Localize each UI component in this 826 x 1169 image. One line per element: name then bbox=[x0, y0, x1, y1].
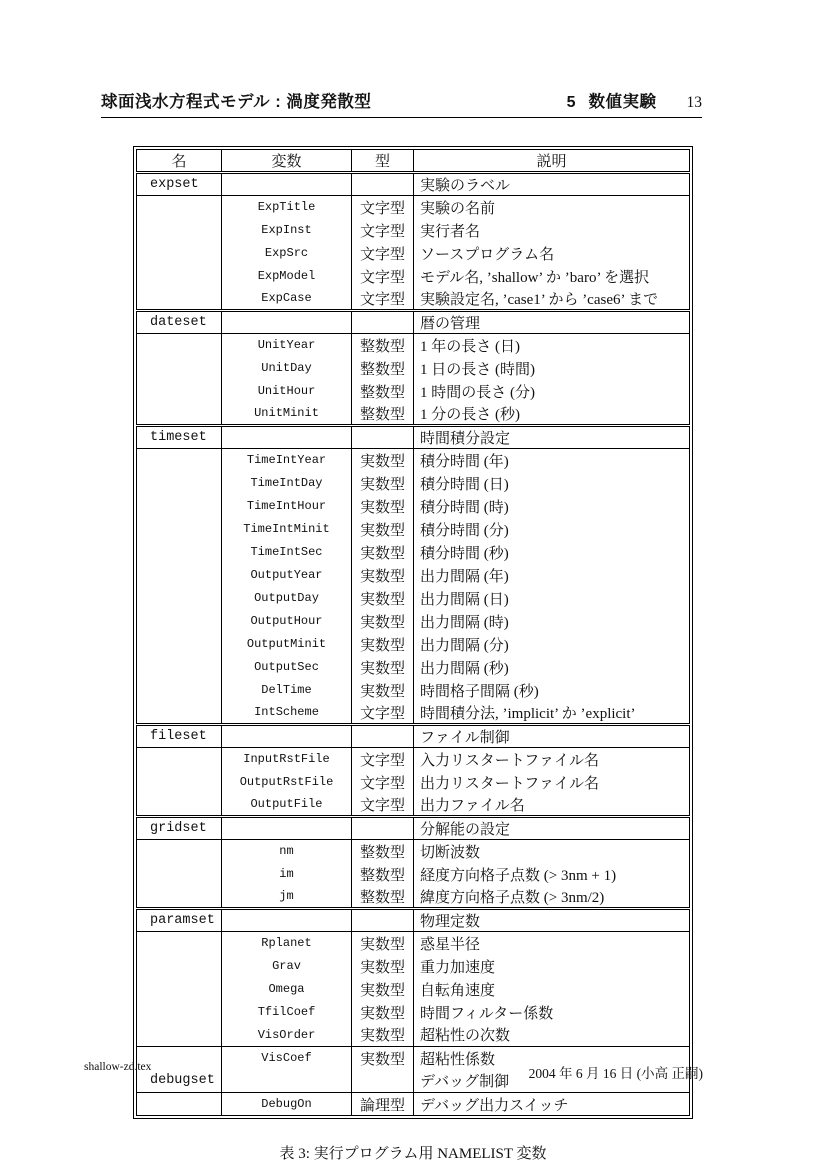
cell-description: ソースプログラム名 bbox=[414, 242, 690, 265]
cell-name bbox=[137, 472, 222, 495]
cell-description: 出力ファイル名 bbox=[414, 794, 690, 817]
cell-description: 実行者名 bbox=[414, 219, 690, 242]
cell-type: 整数型 bbox=[352, 863, 414, 886]
cell-name bbox=[137, 541, 222, 564]
cell-type: 実数型 bbox=[352, 541, 414, 564]
cell-description: 出力間隔 (時) bbox=[414, 610, 690, 633]
cell-description: 実験のラベル bbox=[414, 173, 690, 196]
cell-description: 出力間隔 (秒) bbox=[414, 656, 690, 679]
cell-name bbox=[137, 403, 222, 426]
cell-variable bbox=[222, 426, 352, 449]
cell-name bbox=[137, 449, 222, 472]
cell-variable: IntScheme bbox=[222, 702, 352, 725]
cell-name bbox=[137, 1024, 222, 1047]
cell-name bbox=[137, 978, 222, 1001]
document-page: 球面浅水方程式モデル : 渦度発散型 5 数値実験 13 名変数型説明 exps… bbox=[0, 0, 826, 1169]
table-row: OutputRstFile文字型出力リスタートファイル名 bbox=[137, 771, 690, 794]
table-row: UnitDay整数型1 日の長さ (時間) bbox=[137, 357, 690, 380]
cell-variable: Grav bbox=[222, 955, 352, 978]
cell-description: 実験設定名, ’case1’ から ’case6’ まで bbox=[414, 288, 690, 311]
cell-type: 文字型 bbox=[352, 771, 414, 794]
table-row: filesetファイル制御 bbox=[137, 725, 690, 748]
cell-variable: OutputSec bbox=[222, 656, 352, 679]
table-row: DelTime実数型時間格子間隔 (秒) bbox=[137, 679, 690, 702]
cell-description: 積分時間 (日) bbox=[414, 472, 690, 495]
table-row: UnitYear整数型1 年の長さ (日) bbox=[137, 334, 690, 357]
cell-type: 実数型 bbox=[352, 656, 414, 679]
cell-variable: ExpModel bbox=[222, 265, 352, 288]
cell-name bbox=[137, 564, 222, 587]
cell-description: 経度方向格子点数 (> 3nm + 1) bbox=[414, 863, 690, 886]
cell-name: dateset bbox=[137, 311, 222, 334]
cell-name bbox=[137, 656, 222, 679]
namelist-table: 名変数型説明 expset実験のラベルExpTitle文字型実験の名前ExpIn… bbox=[133, 146, 693, 1119]
cell-type: 文字型 bbox=[352, 219, 414, 242]
table-row: IntScheme文字型時間積分法, ’implicit’ か ’explici… bbox=[137, 702, 690, 725]
cell-name: expset bbox=[137, 173, 222, 196]
cell-type: 実数型 bbox=[352, 472, 414, 495]
table-row: Rplanet実数型惑星半径 bbox=[137, 932, 690, 955]
cell-description: 自転角速度 bbox=[414, 978, 690, 1001]
cell-variable: ExpSrc bbox=[222, 242, 352, 265]
cell-type bbox=[352, 725, 414, 748]
table-row: ExpCase文字型実験設定名, ’case1’ から ’case6’ まで bbox=[137, 288, 690, 311]
cell-variable: Omega bbox=[222, 978, 352, 1001]
table-row: TimeIntHour実数型積分時間 (時) bbox=[137, 495, 690, 518]
table-row: OutputMinit実数型出力間隔 (分) bbox=[137, 633, 690, 656]
cell-variable: TimeIntDay bbox=[222, 472, 352, 495]
cell-variable: OutputFile bbox=[222, 794, 352, 817]
cell-type: 実数型 bbox=[352, 633, 414, 656]
cell-description: 1 分の長さ (秒) bbox=[414, 403, 690, 426]
column-header: 変数 bbox=[222, 150, 352, 173]
cell-variable bbox=[222, 311, 352, 334]
cell-name bbox=[137, 955, 222, 978]
table-row: jm整数型緯度方向格子点数 (> 3nm/2) bbox=[137, 886, 690, 909]
cell-name bbox=[137, 886, 222, 909]
table-row: InputRstFile文字型入力リスタートファイル名 bbox=[137, 748, 690, 771]
cell-name bbox=[137, 265, 222, 288]
cell-description: 暦の管理 bbox=[414, 311, 690, 334]
cell-name bbox=[137, 196, 222, 219]
column-header: 名 bbox=[137, 150, 222, 173]
cell-name bbox=[137, 334, 222, 357]
table-caption: 表 3: 実行プログラム用 NAMELIST 変数 bbox=[0, 1142, 826, 1163]
cell-description: 実験の名前 bbox=[414, 196, 690, 219]
cell-description: 積分時間 (年) bbox=[414, 449, 690, 472]
cell-type: 実数型 bbox=[352, 955, 414, 978]
cell-description: 1 日の長さ (時間) bbox=[414, 357, 690, 380]
column-header: 説明 bbox=[414, 150, 690, 173]
cell-type: 整数型 bbox=[352, 886, 414, 909]
running-head-title: 球面浅水方程式モデル : 渦度発散型 bbox=[101, 88, 371, 112]
cell-type: 実数型 bbox=[352, 978, 414, 1001]
cell-type: 実数型 bbox=[352, 449, 414, 472]
table-row: UnitMinit整数型1 分の長さ (秒) bbox=[137, 403, 690, 426]
table-row: ExpTitle文字型実験の名前 bbox=[137, 196, 690, 219]
cell-type: 整数型 bbox=[352, 357, 414, 380]
cell-description: ファイル制御 bbox=[414, 725, 690, 748]
cell-variable: TimeIntYear bbox=[222, 449, 352, 472]
cell-variable: Rplanet bbox=[222, 932, 352, 955]
cell-description: 出力リスタートファイル名 bbox=[414, 771, 690, 794]
cell-type: 実数型 bbox=[352, 679, 414, 702]
cell-type: 文字型 bbox=[352, 265, 414, 288]
cell-type bbox=[352, 311, 414, 334]
cell-variable: VisOrder bbox=[222, 1024, 352, 1047]
cell-variable bbox=[222, 817, 352, 840]
cell-variable: UnitDay bbox=[222, 357, 352, 380]
cell-type: 整数型 bbox=[352, 334, 414, 357]
cell-description: 重力加速度 bbox=[414, 955, 690, 978]
cell-description: デバッグ出力スイッチ bbox=[414, 1093, 690, 1116]
table-row: TimeIntYear実数型積分時間 (年) bbox=[137, 449, 690, 472]
column-header: 型 bbox=[352, 150, 414, 173]
cell-type: 実数型 bbox=[352, 518, 414, 541]
cell-name bbox=[137, 288, 222, 311]
cell-name: gridset bbox=[137, 817, 222, 840]
cell-type bbox=[352, 817, 414, 840]
cell-description: 出力間隔 (日) bbox=[414, 587, 690, 610]
table-row: Grav実数型重力加速度 bbox=[137, 955, 690, 978]
cell-variable: OutputHour bbox=[222, 610, 352, 633]
cell-description: 積分時間 (秒) bbox=[414, 541, 690, 564]
cell-description: 出力間隔 (年) bbox=[414, 564, 690, 587]
cell-type: 文字型 bbox=[352, 702, 414, 725]
cell-description: 切断波数 bbox=[414, 840, 690, 863]
cell-type: 実数型 bbox=[352, 610, 414, 633]
cell-variable: TfilCoef bbox=[222, 1001, 352, 1024]
cell-type: 整数型 bbox=[352, 840, 414, 863]
cell-name bbox=[137, 518, 222, 541]
table-body: expset実験のラベルExpTitle文字型実験の名前ExpInst文字型実行… bbox=[137, 173, 690, 1116]
cell-variable: UnitMinit bbox=[222, 403, 352, 426]
table-row: nm整数型切断波数 bbox=[137, 840, 690, 863]
section-title: 数値実験 bbox=[589, 88, 657, 112]
cell-name bbox=[137, 380, 222, 403]
cell-type bbox=[352, 173, 414, 196]
cell-name bbox=[137, 863, 222, 886]
cell-variable: InputRstFile bbox=[222, 748, 352, 771]
section-number: 5 bbox=[567, 94, 576, 112]
cell-name: fileset bbox=[137, 725, 222, 748]
cell-type: 実数型 bbox=[352, 495, 414, 518]
cell-description: モデル名, ’shallow’ か ’baro’ を選択 bbox=[414, 265, 690, 288]
header-rule bbox=[101, 117, 702, 118]
cell-name: timeset bbox=[137, 426, 222, 449]
cell-description: 入力リスタートファイル名 bbox=[414, 748, 690, 771]
table-row: VisOrder実数型超粘性の次数 bbox=[137, 1024, 690, 1047]
cell-type: 実数型 bbox=[352, 1001, 414, 1024]
cell-name bbox=[137, 748, 222, 771]
table-row: ExpInst文字型実行者名 bbox=[137, 219, 690, 242]
cell-description: 出力間隔 (分) bbox=[414, 633, 690, 656]
cell-name bbox=[137, 702, 222, 725]
cell-name bbox=[137, 794, 222, 817]
cell-name bbox=[137, 219, 222, 242]
running-head-right: 5 数値実験 13 bbox=[567, 88, 702, 112]
cell-name bbox=[137, 633, 222, 656]
namelist-table-grid: 名変数型説明 expset実験のラベルExpTitle文字型実験の名前ExpIn… bbox=[136, 149, 690, 1116]
cell-description: 時間フィルター係数 bbox=[414, 1001, 690, 1024]
table-row: OutputDay実数型出力間隔 (日) bbox=[137, 587, 690, 610]
cell-type: 論理型 bbox=[352, 1093, 414, 1116]
table-row: TimeIntMinit実数型積分時間 (分) bbox=[137, 518, 690, 541]
table-row: dateset暦の管理 bbox=[137, 311, 690, 334]
cell-description: 時間積分設定 bbox=[414, 426, 690, 449]
table-row: OutputFile文字型出力ファイル名 bbox=[137, 794, 690, 817]
cell-type: 実数型 bbox=[352, 1024, 414, 1047]
cell-type: 実数型 bbox=[352, 1047, 414, 1070]
table-row: TimeIntSec実数型積分時間 (秒) bbox=[137, 541, 690, 564]
cell-description: 積分時間 (時) bbox=[414, 495, 690, 518]
footer-date-credit: 2004 年 6 月 16 日 (小高 正嗣) bbox=[529, 1062, 703, 1082]
cell-type bbox=[352, 426, 414, 449]
cell-description: 1 年の長さ (日) bbox=[414, 334, 690, 357]
cell-name: paramset bbox=[137, 909, 222, 932]
table-row: paramset物理定数 bbox=[137, 909, 690, 932]
table-row: OutputYear実数型出力間隔 (年) bbox=[137, 564, 690, 587]
cell-variable: OutputMinit bbox=[222, 633, 352, 656]
cell-type: 実数型 bbox=[352, 587, 414, 610]
cell-type: 文字型 bbox=[352, 288, 414, 311]
cell-variable: OutputYear bbox=[222, 564, 352, 587]
cell-description: 積分時間 (分) bbox=[414, 518, 690, 541]
cell-variable: DelTime bbox=[222, 679, 352, 702]
cell-name bbox=[137, 932, 222, 955]
cell-name bbox=[137, 495, 222, 518]
cell-name bbox=[137, 771, 222, 794]
table-row: OutputHour実数型出力間隔 (時) bbox=[137, 610, 690, 633]
cell-variable: im bbox=[222, 863, 352, 886]
cell-name bbox=[137, 610, 222, 633]
page-number: 13 bbox=[687, 94, 703, 112]
table-row: expset実験のラベル bbox=[137, 173, 690, 196]
cell-type bbox=[352, 1070, 414, 1093]
cell-variable: nm bbox=[222, 840, 352, 863]
table-row: ExpSrc文字型ソースプログラム名 bbox=[137, 242, 690, 265]
cell-variable: TimeIntHour bbox=[222, 495, 352, 518]
cell-variable: OutputDay bbox=[222, 587, 352, 610]
table-row: timeset時間積分設定 bbox=[137, 426, 690, 449]
table-row: gridset分解能の設定 bbox=[137, 817, 690, 840]
cell-type: 文字型 bbox=[352, 748, 414, 771]
footer-filename: shallow-zd.tex bbox=[84, 1061, 151, 1073]
table-row: im整数型経度方向格子点数 (> 3nm + 1) bbox=[137, 863, 690, 886]
table-header-row: 名変数型説明 bbox=[137, 150, 690, 173]
cell-variable: VisCoef bbox=[222, 1047, 352, 1070]
cell-variable: DebugOn bbox=[222, 1093, 352, 1116]
cell-type: 整数型 bbox=[352, 380, 414, 403]
cell-description: 惑星半径 bbox=[414, 932, 690, 955]
cell-type: 文字型 bbox=[352, 242, 414, 265]
cell-name bbox=[137, 357, 222, 380]
cell-variable: UnitHour bbox=[222, 380, 352, 403]
cell-variable bbox=[222, 725, 352, 748]
cell-variable bbox=[222, 173, 352, 196]
cell-type: 実数型 bbox=[352, 932, 414, 955]
cell-name bbox=[137, 1001, 222, 1024]
cell-variable: OutputRstFile bbox=[222, 771, 352, 794]
cell-name bbox=[137, 587, 222, 610]
cell-type: 文字型 bbox=[352, 794, 414, 817]
table-row: TimeIntDay実数型積分時間 (日) bbox=[137, 472, 690, 495]
table-row: DebugOn論理型デバッグ出力スイッチ bbox=[137, 1093, 690, 1116]
cell-type bbox=[352, 909, 414, 932]
cell-variable: TimeIntMinit bbox=[222, 518, 352, 541]
cell-description: 時間格子間隔 (秒) bbox=[414, 679, 690, 702]
cell-type: 実数型 bbox=[352, 564, 414, 587]
cell-variable: jm bbox=[222, 886, 352, 909]
cell-name bbox=[137, 679, 222, 702]
cell-variable bbox=[222, 909, 352, 932]
cell-variable bbox=[222, 1070, 352, 1093]
cell-variable: ExpCase bbox=[222, 288, 352, 311]
cell-description: 時間積分法, ’implicit’ か ’explicit’ bbox=[414, 702, 690, 725]
cell-variable: TimeIntSec bbox=[222, 541, 352, 564]
cell-description: 1 時間の長さ (分) bbox=[414, 380, 690, 403]
cell-variable: ExpInst bbox=[222, 219, 352, 242]
cell-description: 分解能の設定 bbox=[414, 817, 690, 840]
table-row: UnitHour整数型1 時間の長さ (分) bbox=[137, 380, 690, 403]
cell-name bbox=[137, 242, 222, 265]
cell-name bbox=[137, 1093, 222, 1116]
table-row: Omega実数型自転角速度 bbox=[137, 978, 690, 1001]
table-row: OutputSec実数型出力間隔 (秒) bbox=[137, 656, 690, 679]
table-row: ExpModel文字型モデル名, ’shallow’ か ’baro’ を選択 bbox=[137, 265, 690, 288]
cell-type: 文字型 bbox=[352, 196, 414, 219]
cell-description: 超粘性の次数 bbox=[414, 1024, 690, 1047]
cell-description: 緯度方向格子点数 (> 3nm/2) bbox=[414, 886, 690, 909]
table-row: TfilCoef実数型時間フィルター係数 bbox=[137, 1001, 690, 1024]
cell-type: 整数型 bbox=[352, 403, 414, 426]
cell-variable: UnitYear bbox=[222, 334, 352, 357]
cell-variable: ExpTitle bbox=[222, 196, 352, 219]
cell-description: 物理定数 bbox=[414, 909, 690, 932]
cell-name bbox=[137, 840, 222, 863]
